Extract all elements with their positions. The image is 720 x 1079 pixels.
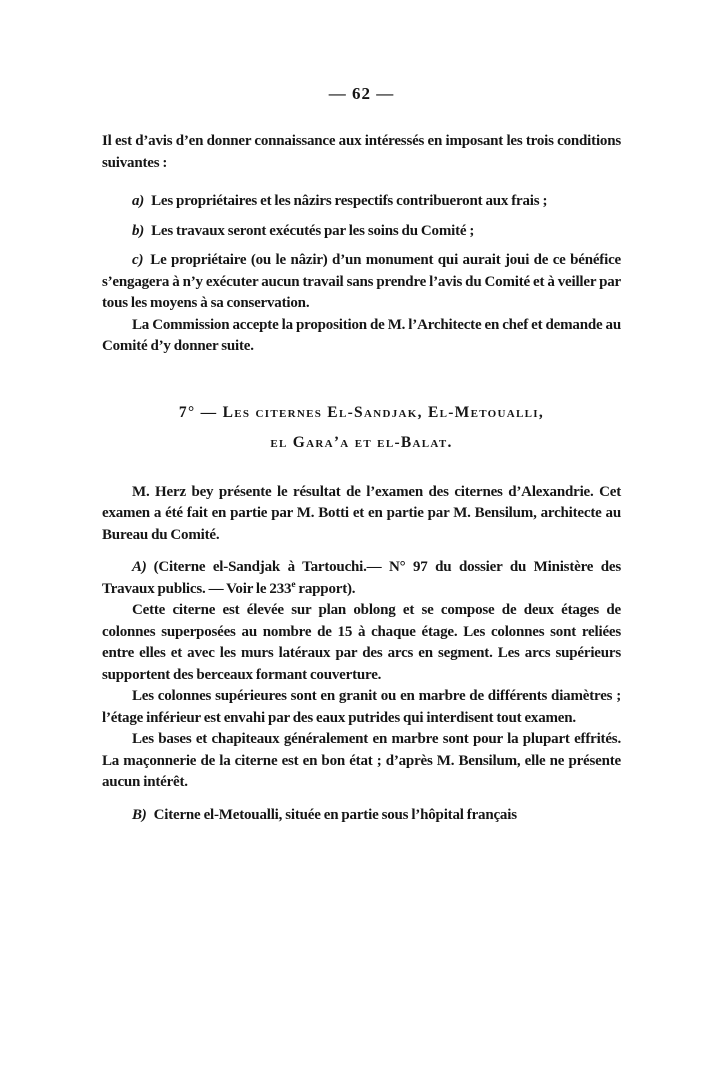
list-item-a-label: a)	[132, 193, 144, 209]
paragraph-cistern-description-1: Cette citerne est élevée sur plan oblong…	[102, 600, 621, 686]
list-item-b: b)Les travaux seront exécutés par les so…	[102, 221, 621, 243]
list-item-c-text: Le propriétaire (ou le nâzir) d’un monum…	[102, 252, 621, 311]
section-heading-line-2: el Gara’a et el-Balat.	[102, 428, 621, 458]
section-heading: 7° — Les citernes El-Sandjak, El-Metoual…	[102, 398, 621, 458]
paragraph-intro: Il est d’avis d’en donner connaissance a…	[102, 131, 621, 174]
paragraph-herz: M. Herz bey présente le résultat de l’ex…	[102, 482, 621, 547]
list-item-b-text: Les travaux seront exécutés par les soin…	[151, 223, 474, 239]
list-item-A: A)(Citerne el-Sandjak à Tartouchi.— N° 9…	[102, 557, 621, 600]
paragraph-commission: La Commission accepte la proposition de …	[102, 315, 621, 358]
section-heading-line-1: 7° — Les citernes El-Sandjak, El-Metoual…	[102, 398, 621, 428]
list-item-A-text: (Citerne el-Sandjak à Tartouchi.— N° 97 …	[102, 559, 621, 597]
list-item-a: a)Les propriétaires et les nâzirs respec…	[102, 191, 621, 213]
list-item-B: B)Citerne el-Metoualli, située en partie…	[102, 805, 621, 827]
paragraph-cistern-description-3: Les bases et chapiteaux généralement en …	[102, 729, 621, 794]
list-item-A-label: A)	[132, 559, 147, 575]
list-item-B-text: Citerne el-Metoualli, située en partie s…	[154, 807, 517, 823]
page-number: — 62 —	[102, 84, 621, 104]
paragraph-cistern-description-2: Les colonnes supérieures sont en granit …	[102, 686, 621, 729]
list-item-a-text: Les propriétaires et les nâzirs respecti…	[151, 193, 547, 209]
list-item-B-label: B)	[132, 807, 147, 823]
list-item-c: c)Le propriétaire (ou le nâzir) d’un mon…	[102, 250, 621, 315]
scanned-document-page: — 62 — Il est d’avis d’en donner connais…	[0, 0, 720, 1079]
list-item-A-text-end: rapport).	[295, 581, 355, 597]
text-block: — 62 — Il est d’avis d’en donner connais…	[102, 84, 621, 826]
list-item-c-label: c)	[132, 252, 143, 268]
list-item-b-label: b)	[132, 223, 144, 239]
